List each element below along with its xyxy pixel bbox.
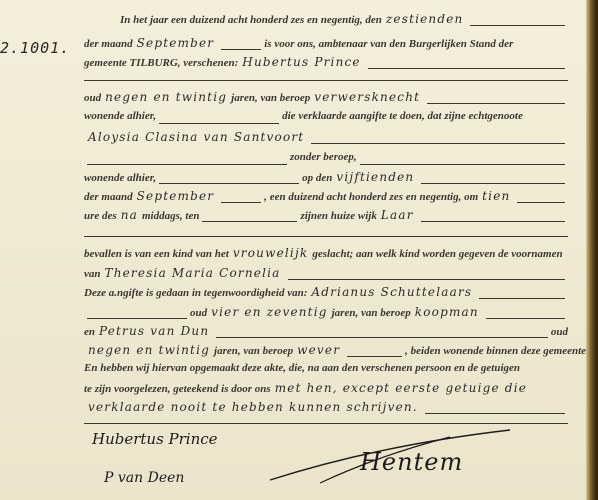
handwritten-occupation: koopman xyxy=(411,305,483,319)
handwritten-birth-day: vijftienden xyxy=(332,170,418,184)
handwritten-occupation: verwersknecht xyxy=(310,90,424,104)
line-witness-2: en Petrus van Dun oud xyxy=(84,324,568,341)
signature-father: Hubertus Prince xyxy=(92,430,218,448)
line-residence: wonende alhier, die verklaarde aangifte … xyxy=(84,110,568,127)
line-closing-1: En hebben wij hiervan opgemaakt deze akt… xyxy=(84,362,568,379)
printed-text: , beiden wonende binnen deze gemeente. xyxy=(405,345,589,357)
printed-text: der maand xyxy=(84,38,133,50)
handwritten-sex: vrouwelijk xyxy=(229,246,313,260)
line-year: In het jaar een duizend acht honderd zes… xyxy=(120,12,568,29)
printed-text: wonende alhier, xyxy=(84,110,156,122)
printed-text: middags, ten xyxy=(142,210,199,222)
handwritten-mother-name: Aloysia Clasina van Santvoort xyxy=(84,130,308,144)
certificate-page: 2.1001. In het jaar een duizend acht hon… xyxy=(0,0,586,500)
handwritten-child-name: Theresia Maria Cornelia xyxy=(101,266,285,280)
printed-text: jaren, van beroep xyxy=(214,345,293,357)
divider xyxy=(84,236,568,237)
printed-text: oud xyxy=(551,326,568,338)
printed-text: En hebben wij hiervan opgemaakt deze akt… xyxy=(84,362,520,374)
handwritten-age: negen en twintig xyxy=(101,90,231,104)
handwritten-witness-2: Petrus van Dun xyxy=(95,324,213,338)
fill-line xyxy=(347,355,402,357)
fill-line xyxy=(360,163,565,165)
line-child-sex: bevallen is van een kind van het vrouwel… xyxy=(84,246,568,263)
printed-text: van xyxy=(84,268,101,280)
handwritten-birth-month: September xyxy=(133,189,219,203)
line-appeared: gemeente TILBURG, verschenen: Hubertus P… xyxy=(84,55,568,72)
handwritten-month: September xyxy=(133,36,219,50)
book-binding-edge xyxy=(586,0,598,500)
handwritten-father-name: Hubertus Prince xyxy=(238,55,364,69)
line-child-name: van Theresia Maria Cornelia xyxy=(84,266,568,283)
divider xyxy=(84,423,568,424)
line-month: der maand September is voor ons, ambtena… xyxy=(84,36,568,53)
margin-record-number: 2.1001. xyxy=(0,39,70,57)
handwritten-remark: verklaarde nooit te hebben kunnen schrij… xyxy=(84,400,422,414)
fill-line xyxy=(221,201,261,203)
printed-text: gemeente TILBURG, verschenen: xyxy=(84,57,238,69)
fill-line xyxy=(368,67,565,69)
fill-line xyxy=(87,163,287,165)
fill-line xyxy=(421,220,565,222)
handwritten-age: vier en zeventig xyxy=(207,305,332,319)
line-birth-place: ure des na middags, ten zijnen huize wij… xyxy=(84,208,568,225)
handwritten-period: na xyxy=(117,208,142,222)
printed-text: , een duizend acht honderd zes en negent… xyxy=(264,191,478,203)
printed-text: oud xyxy=(190,307,207,319)
printed-text: Deze a.ngifte is gedaan in tegenwoordigh… xyxy=(84,287,307,299)
printed-text: oud xyxy=(84,92,101,104)
printed-text: zonder beroep, xyxy=(290,151,357,163)
fill-line xyxy=(221,48,261,50)
fill-line xyxy=(216,336,548,338)
fill-line xyxy=(421,182,565,184)
line-birth-month: der maand September , een duizend acht h… xyxy=(84,189,568,206)
printed-text: wonende alhier, xyxy=(84,172,156,184)
fill-line xyxy=(479,297,565,299)
printed-text: In het jaar een duizend acht honderd zes… xyxy=(120,14,382,26)
printed-text: op den xyxy=(302,172,332,184)
printed-text: zijnen huize wijk xyxy=(300,210,376,222)
printed-text: ure des xyxy=(84,210,117,222)
printed-text: der maand xyxy=(84,191,133,203)
line-closing-2: te zijn voorgelezen, geteekend is door o… xyxy=(84,381,568,398)
fill-line xyxy=(486,317,565,319)
line-mother-occupation: zonder beroep, xyxy=(84,151,568,168)
handwritten-occupation: wever xyxy=(293,343,344,357)
fill-line xyxy=(87,317,187,319)
fill-line xyxy=(425,412,565,414)
handwritten-district: Laar xyxy=(377,208,418,222)
handwritten-remark: met hen, except eerste getuige die xyxy=(271,381,531,395)
line-birth-day: wonende alhier, op den vijftienden xyxy=(84,170,568,187)
handwritten-age: negen en twintig xyxy=(84,343,214,357)
printed-text: bevallen is van een kind van het xyxy=(84,248,229,260)
handwritten-day: zestienden xyxy=(382,12,468,26)
fill-line xyxy=(202,220,297,222)
line-mother-name: Aloysia Clasina van Santvoort xyxy=(84,130,568,147)
divider xyxy=(84,80,568,81)
fill-line xyxy=(311,142,565,144)
handwritten-hour: tien xyxy=(478,189,514,203)
handwritten-witness-1: Adrianus Schuttelaars xyxy=(307,285,476,299)
printed-text: te zijn voorgelezen, geteekend is door o… xyxy=(84,383,271,395)
fill-line xyxy=(159,122,279,124)
line-witness-2-age: negen en twintig jaren, van beroep wever… xyxy=(84,343,568,360)
printed-text: jaren, van beroep xyxy=(231,92,310,104)
fill-line xyxy=(288,278,565,280)
printed-text: geslacht; aan welk kind worden gegeven d… xyxy=(312,248,562,260)
line-witness-1-age: oud vier en zeventig jaren, van beroep k… xyxy=(84,305,568,322)
line-witness-1: Deze a.ngifte is gedaan in tegenwoordigh… xyxy=(84,285,568,302)
printed-text: jaren, van beroep xyxy=(332,307,411,319)
line-closing-3: verklaarde nooit te hebben kunnen schrij… xyxy=(84,400,568,417)
printed-text: is voor ons, ambtenaar van den Burgerlij… xyxy=(264,38,513,50)
signature-flourish-icon xyxy=(260,425,520,485)
line-father-age: oud negen en twintig jaren, van beroep v… xyxy=(84,90,568,107)
fill-line xyxy=(159,182,299,184)
printed-text: die verklaarde aangifte te doen, dat zij… xyxy=(282,110,523,122)
signature-witness: P van Deen xyxy=(104,470,184,486)
fill-line xyxy=(517,201,565,203)
fill-line xyxy=(427,102,565,104)
printed-text: en xyxy=(84,326,95,338)
fill-line xyxy=(470,24,565,26)
